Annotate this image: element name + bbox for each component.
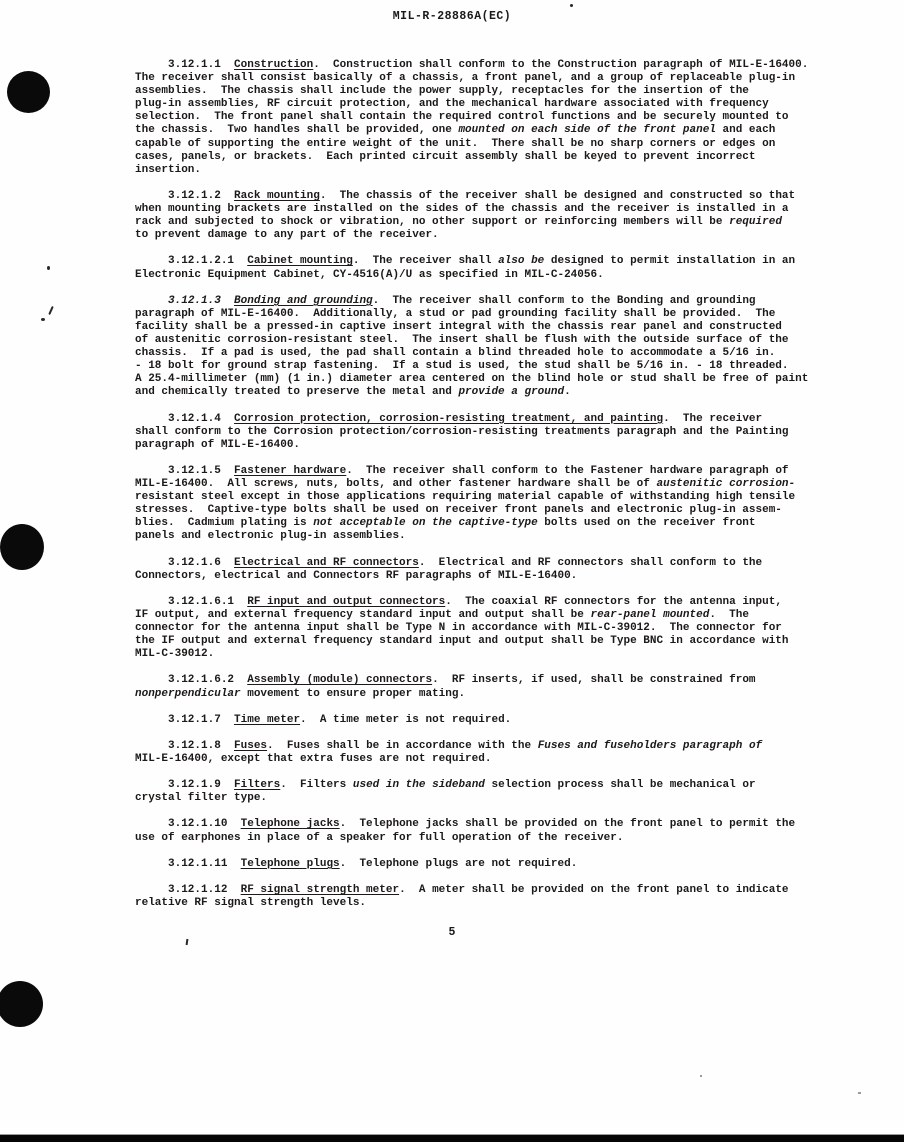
scan-speck (858, 1092, 861, 1094)
paragraph-heading: Fastener hardware (234, 465, 346, 477)
paragraph: 3.12.1.4 Corrosion protection, corrosion… (135, 413, 855, 452)
document-body: 3.12.1.1 Construction. Construction shal… (135, 59, 855, 923)
paragraph-text: Fuses and fuseholders paragraph of (538, 740, 762, 752)
paragraph-text: to prevent damage to any part of the rec… (135, 229, 439, 241)
paragraph-heading: Telephone plugs (241, 858, 340, 870)
paragraph-text: not acceptable on the captive-type (313, 517, 537, 529)
document-header: MIL-R-28886A(EC) (0, 10, 904, 24)
punch-hole-middle (0, 524, 44, 570)
paragraph: 3.12.1.9 Filters. Filters used in the si… (135, 779, 855, 805)
paragraph-heading: Rack mounting (234, 190, 320, 202)
scan-speck (570, 4, 573, 7)
paragraph-text: . (564, 386, 571, 398)
paragraph: 3.12.1.6.1 RF input and output connector… (135, 596, 855, 661)
paragraph-text: provide a ground (458, 386, 564, 398)
scan-edge-bar (0, 1134, 904, 1142)
paragraph-heading: Construction (234, 59, 313, 71)
paragraph-heading: Telephone jacks (241, 818, 340, 830)
paragraph-text: 3.12.1.7 (135, 714, 234, 726)
paragraph-text: mounted on each side of the front panel (458, 124, 715, 136)
paragraph-text: austenitic corrosion- (657, 478, 796, 490)
scan-speck (47, 266, 50, 270)
paragraph-text: . RF inserts, if used, shall be constrai… (432, 674, 755, 686)
paragraph: 3.12.1.6.2 Assembly (module) connectors.… (135, 674, 855, 700)
paragraph-text: 3.12.1.5 (135, 465, 234, 477)
paragraph-text: . Filters (280, 779, 353, 791)
paragraph: 3.12.1.1 Construction. Construction shal… (135, 59, 855, 177)
paragraph-text: . Telephone plugs are not required. (340, 858, 578, 870)
paragraph-text: . Fuses shall be in accordance with the (267, 740, 538, 752)
paragraph-text: MIL-E-16400, except that extra fuses are… (135, 753, 491, 765)
paragraph-text: movement to ensure proper mating. (241, 688, 465, 700)
scanned-document-page: MIL-R-28886A(EC) 3.12.1.1 Construction. … (0, 0, 904, 1142)
punch-hole-bottom (0, 981, 43, 1027)
paragraph-text: . The receiver shall conform to the Bond… (135, 295, 808, 399)
paragraph-text: . A time meter is not required. (300, 714, 511, 726)
paragraph-text: 3.12.1.6.1 (135, 596, 247, 608)
paragraph-text: . The receiver shall (353, 255, 498, 267)
paragraph-text: 3.12.1.9 (135, 779, 234, 791)
paragraph: 3.12.1.6 Electrical and RF connectors. E… (135, 557, 855, 583)
paragraph-heading: Time meter (234, 714, 300, 726)
paragraph-text: 3.12.1.12 (135, 884, 241, 896)
paragraph-text: required (729, 216, 782, 228)
paragraph: 3.12.1.7 Time meter. A time meter is not… (135, 714, 855, 727)
paragraph-heading: Bonding and grounding (234, 295, 373, 307)
paragraph-text: 3.12.1.1 (135, 59, 234, 71)
paragraph-heading: RF input and output connectors (247, 596, 445, 608)
paragraph: 3.12.1.2 Rack mounting. The chassis of t… (135, 190, 855, 242)
paragraph: 3.12.1.10 Telephone jacks. Telephone jac… (135, 818, 855, 844)
paragraph-text (135, 295, 168, 307)
paragraph-heading: Cabinet mounting (247, 255, 353, 267)
paragraph-heading: Corrosion protection, corrosion-resistin… (234, 413, 663, 425)
paragraph-text: 3.12.1.6.2 (135, 674, 247, 686)
scan-speck (700, 1075, 702, 1077)
paragraph: 3.12.1.5 Fastener hardware. The receiver… (135, 465, 855, 544)
paragraph: 3.12.1.8 Fuses. Fuses shall be in accord… (135, 740, 855, 766)
paragraph-heading: RF signal strength meter (241, 884, 399, 896)
paragraph-text: 3.12.1.10 (135, 818, 241, 830)
page-number: 5 (0, 926, 904, 939)
paragraph-text: 3.12.1.8 (135, 740, 234, 752)
paragraph-heading: Filters (234, 779, 280, 791)
paragraph-heading: Assembly (module) connectors (247, 674, 432, 686)
scan-speck (41, 318, 45, 321)
paragraph-text: 3.12.1.2 (135, 190, 234, 202)
paragraph-text: 3.12.1.3 (168, 295, 234, 307)
paragraph-text: rear-panel mounted (590, 609, 709, 621)
paragraph-text: nonperpendicular (135, 688, 241, 700)
paragraph: 3.12.1.3 Bonding and grounding. The rece… (135, 295, 855, 400)
paragraph-text: 3.12.1.2.1 (135, 255, 247, 267)
scan-speck (48, 306, 53, 315)
scan-speck (186, 939, 189, 945)
paragraph-text: 3.12.1.6 (135, 557, 234, 569)
paragraph-text: used in the sideband (353, 779, 485, 791)
paragraph-heading: Fuses (234, 740, 267, 752)
paragraph-text: also be (498, 255, 544, 267)
paragraph-text: 3.12.1.4 (135, 413, 234, 425)
paragraph: 3.12.1.12 RF signal strength meter. A me… (135, 884, 855, 910)
paragraph-heading: Electrical and RF connectors (234, 557, 419, 569)
paragraph: 3.12.1.11 Telephone plugs. Telephone plu… (135, 858, 855, 871)
paragraph: 3.12.1.2.1 Cabinet mounting. The receive… (135, 255, 855, 281)
paragraph-text: 3.12.1.11 (135, 858, 241, 870)
punch-hole-top (7, 71, 50, 113)
